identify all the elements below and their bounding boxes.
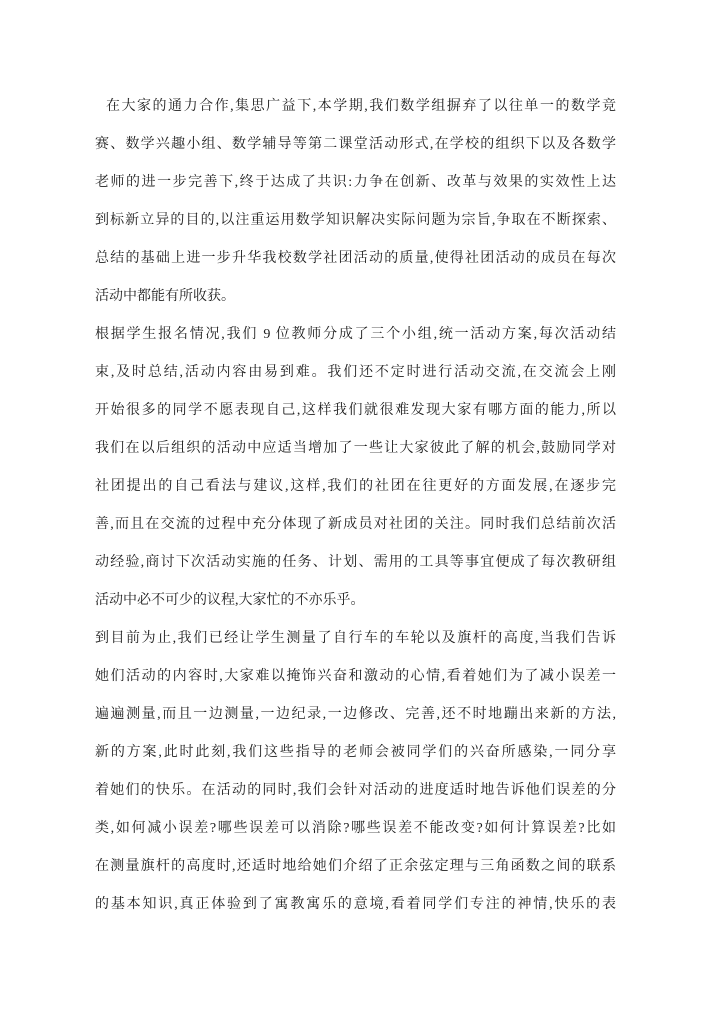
text-line: 着她们的快乐。在活动的同时,我们会针对活动的进度适时地告诉他们误差的分 [95,772,616,810]
text-line: 开始很多的同学不愿表现自己,这样我们就很难发现大家有哪方面的能力,所以 [95,392,616,430]
text-line: 遍遍测量,而且一边测量,一边纪录,一边修改、完善,还不时地蹦出来新的方法, [95,696,616,734]
text-line: 在测量旗杆的高度时,还适时地给她们介绍了正余弦定理与三角函数之间的联系 [95,848,616,886]
text-line: 新的方案,此时此刻,我们这些指导的老师会被同学们的兴奋所感染,一同分享 [95,734,616,772]
text-line: 动经验,商讨下次活动实施的任务、计划、需用的工具等事宜便成了每次教研组 [95,544,616,582]
text-line: 她们活动的内容时,大家难以掩饰兴奋和激动的心情,看着她们为了减小误差一 [95,658,616,696]
text-line: 到标新立异的目的,以注重运用数学知识解决实际问题为宗旨,争取在不断探索、 [95,202,616,240]
text-line: 活动中都能有所收获。 [95,278,616,316]
text-line: 到目前为止,我们已经让学生测量了自行车的车轮以及旗杆的高度,当我们告诉 [95,620,616,658]
document-page: 在大家的通力合作,集思广益下,本学期,我们数学组摒弃了以往单一的数学竞 赛、数学… [0,0,721,1020]
text-line: 活动中必不可少的议程,大家忙的不亦乐乎。 [95,582,616,620]
text-line: 根据学生报名情况,我们 9 位教师分成了三个小组,统一活动方案,每次活动结 [95,316,616,354]
document-text-block: 在大家的通力合作,集思广益下,本学期,我们数学组摒弃了以往单一的数学竞 赛、数学… [95,88,616,924]
text-line: 我们在以后组织的活动中应适当增加了一些让大家彼此了解的机会,鼓励同学对 [95,430,616,468]
text-line: 在大家的通力合作,集思广益下,本学期,我们数学组摒弃了以往单一的数学竞 [95,88,616,126]
text-line: 善,而且在交流的过程中充分体现了新成员对社团的关注。同时我们总结前次活 [95,506,616,544]
text-line: 赛、数学兴趣小组、数学辅导等第二课堂活动形式,在学校的组织下以及各数学 [95,126,616,164]
paragraph-3: 到目前为止,我们已经让学生测量了自行车的车轮以及旗杆的高度,当我们告诉 她们活动… [95,620,616,924]
paragraph-1: 在大家的通力合作,集思广益下,本学期,我们数学组摒弃了以往单一的数学竞 赛、数学… [95,88,616,316]
text-line: 束,及时总结,活动内容由易到难。我们还不定时进行活动交流,在交流会上刚 [95,354,616,392]
text-line: 社团提出的自己看法与建议,这样,我们的社团在往更好的方面发展,在逐步完 [95,468,616,506]
text-line: 的基本知识,真正体验到了寓教寓乐的意境,看着同学们专注的神情,快乐的表 [95,886,616,924]
paragraph-2: 根据学生报名情况,我们 9 位教师分成了三个小组,统一活动方案,每次活动结 束,… [95,316,616,620]
text-line: 老师的进一步完善下,终于达成了共识:力争在创新、改革与效果的实效性上达 [95,164,616,202]
text-line: 总结的基础上进一步升华我校数学社团活动的质量,使得社团活动的成员在每次 [95,240,616,278]
text-line: 类,如何减小误差?哪些误差可以消除?哪些误差不能改变?如何计算误差?比如 [95,810,616,848]
